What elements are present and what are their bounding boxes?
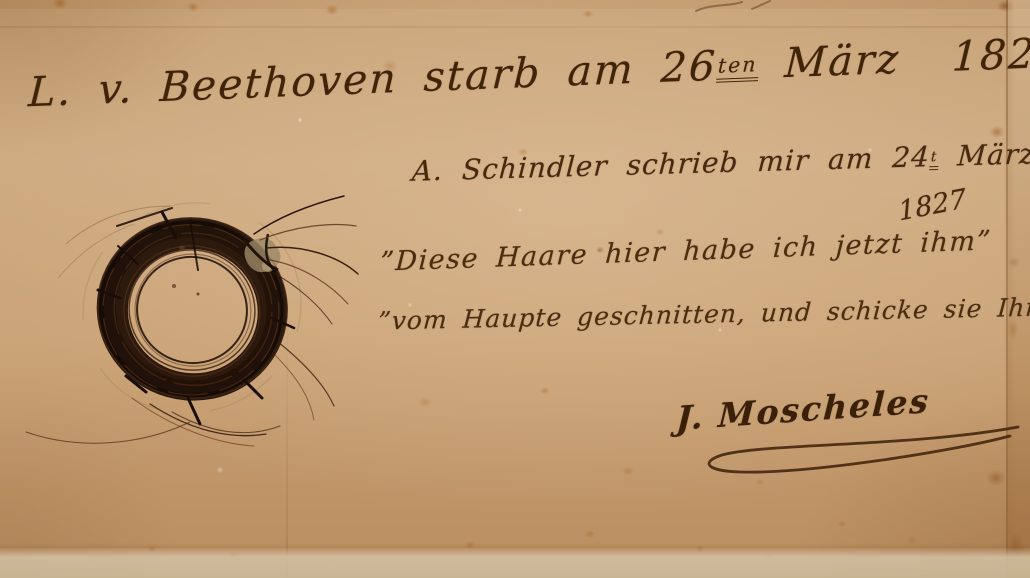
paper-margin-right [1008,0,1030,578]
paper-edge-top [0,0,1030,9]
signature-flourish [688,424,1022,482]
paper-edge-right [1006,0,1008,578]
cropped-ink-mark [690,0,786,14]
line2-month: März [938,137,1030,173]
hair-lock [22,182,366,482]
paper-crease-top [0,26,1030,28]
document-photo: L. v. Beethoven starb am 26ten März 1827… [0,0,1030,578]
paper-edge-bottom [0,548,1030,578]
line1-superscript: ten [716,52,759,83]
